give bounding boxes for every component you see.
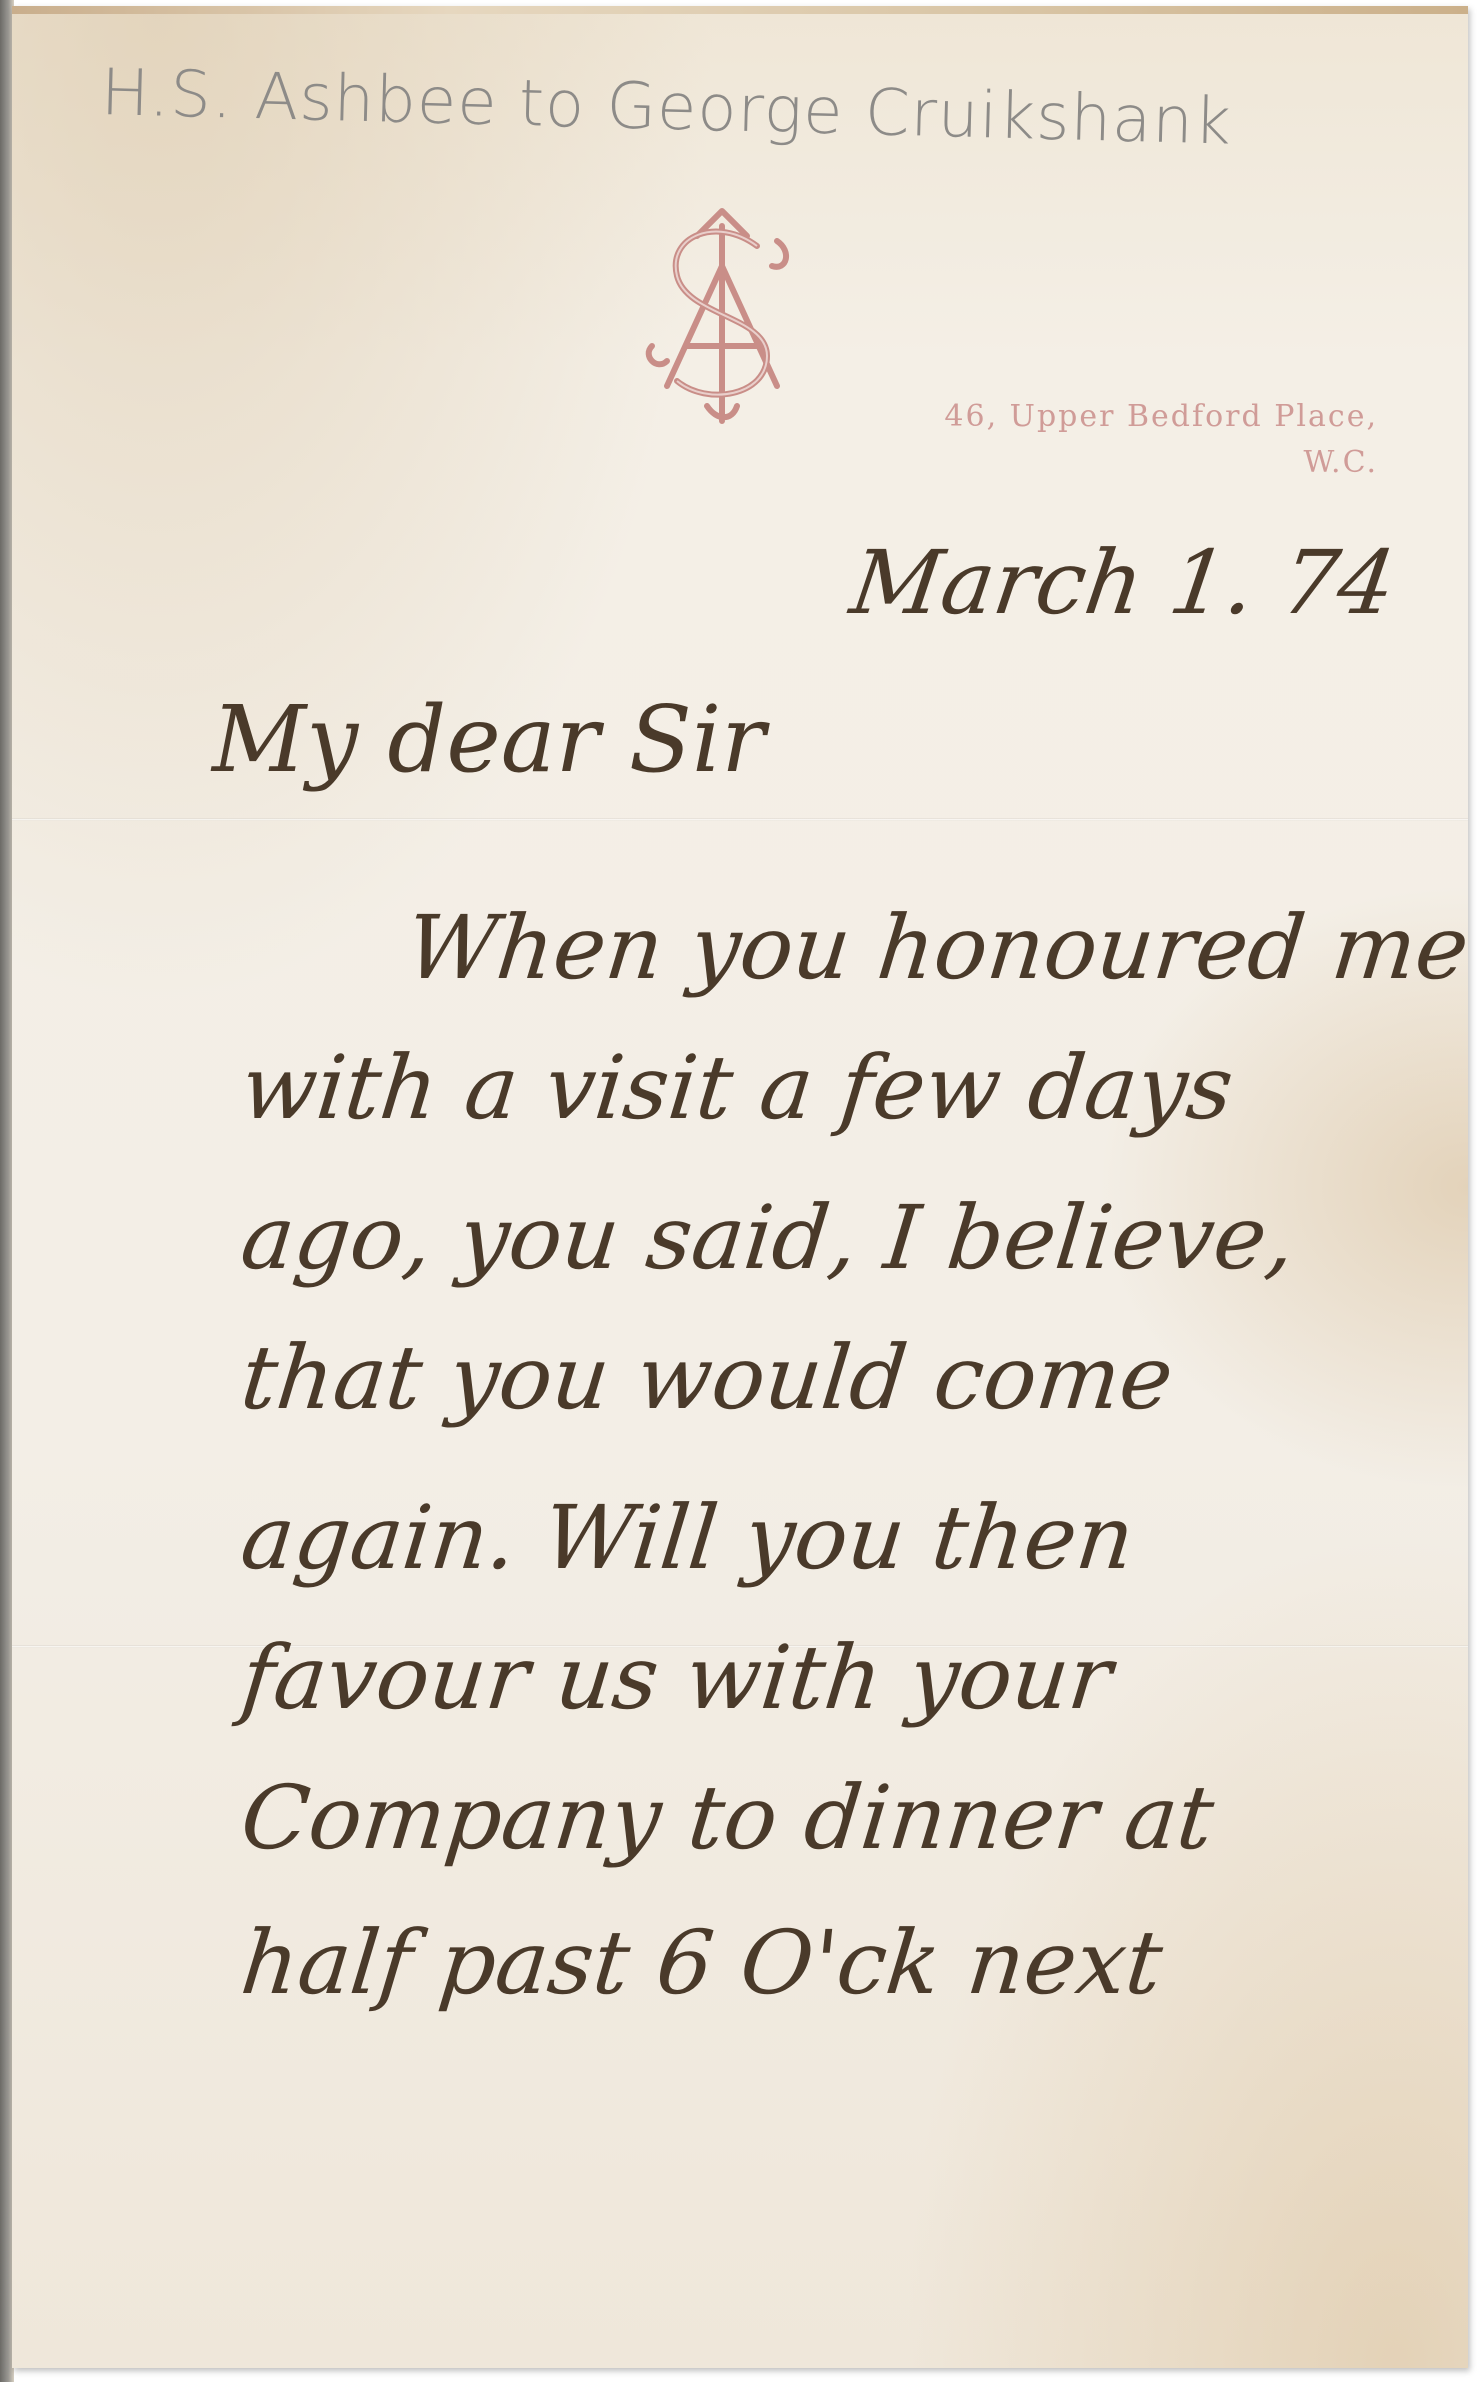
body-line: half past 6 O'ck next [237, 1911, 1168, 2014]
body-line: again. Will you then [237, 1486, 1139, 1589]
body-line: ago, you said, I believe, [237, 1186, 1300, 1289]
letter-page: H.S. Ashbee to George Cruikshank 46, Upp… [12, 6, 1468, 2368]
monogram-icon [637, 206, 807, 426]
fold-line [12, 818, 1468, 821]
body-line: Company to dinner at [237, 1766, 1219, 1869]
body-line: When you honoured me [402, 896, 1474, 999]
paper-top-edge [12, 6, 1468, 14]
pencil-annotation: H.S. Ashbee to George Cruikshank [100, 56, 1233, 160]
body-line: favour us with your [237, 1626, 1117, 1729]
body-line: that you would come [237, 1326, 1178, 1429]
body-line: with a visit a few days [237, 1036, 1238, 1139]
address-line: W.C. [944, 440, 1378, 486]
letter-date: March 1. 74 [845, 531, 1402, 634]
salutation: My dear Sir [212, 686, 765, 793]
letterhead-address: 46, Upper Bedford Place, W.C. [944, 394, 1378, 486]
address-line: 46, Upper Bedford Place, [944, 394, 1378, 440]
